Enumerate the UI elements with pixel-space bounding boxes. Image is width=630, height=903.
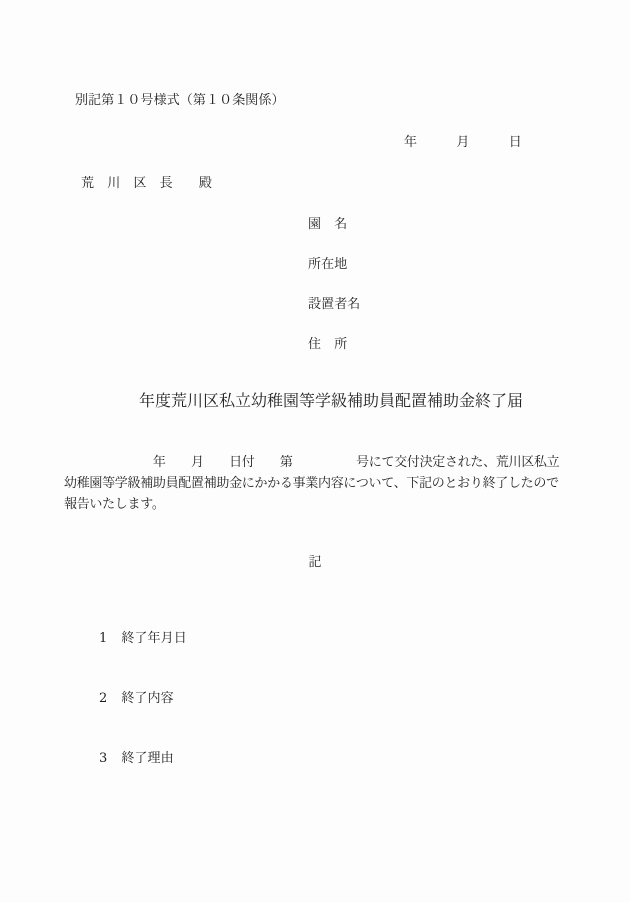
body-line-1: 年 月 日付 第 号にて交付決定された、荒川区私立 [64, 456, 559, 471]
form-number-label: 別記第１０号様式（第１０条関係） [75, 94, 285, 109]
sender-field-founder-name: 設置者名 [308, 298, 360, 313]
item-label: 終了年月日 [121, 631, 187, 646]
item-number: 3 [99, 751, 107, 766]
sender-field-kindergarten-name: 園 名 [308, 218, 347, 233]
sender-field-address: 住 所 [308, 338, 347, 353]
item-number: 2 [99, 691, 107, 706]
item-end-content: 2終了内容 [82, 677, 174, 722]
item-end-date: 1終了年月日 [82, 617, 187, 662]
item-label: 終了理由 [121, 751, 173, 766]
item-end-reason: 3終了理由 [82, 737, 174, 782]
date-placeholder-line: 年 月 日 [404, 136, 522, 151]
document-title: 年度荒川区私立幼稚園等学級補助員配置補助金終了届 [139, 392, 523, 410]
body-line-2: 幼稚園等学級補助員配置補助金にかかる事業内容について、下記のとおり終了したので [64, 477, 559, 492]
item-label: 終了内容 [121, 691, 173, 706]
body-line-3: 報告いたします。 [64, 498, 165, 513]
sender-field-location: 所在地 [308, 258, 347, 273]
record-marker: 記 [0, 556, 630, 571]
addressee-line: 荒 川 区 長 殿 [81, 177, 212, 192]
document-page: 別記第１０号様式（第１０条関係） 年 月 日 荒 川 区 長 殿 園 名 所在地… [0, 0, 630, 903]
item-number: 1 [99, 631, 107, 646]
